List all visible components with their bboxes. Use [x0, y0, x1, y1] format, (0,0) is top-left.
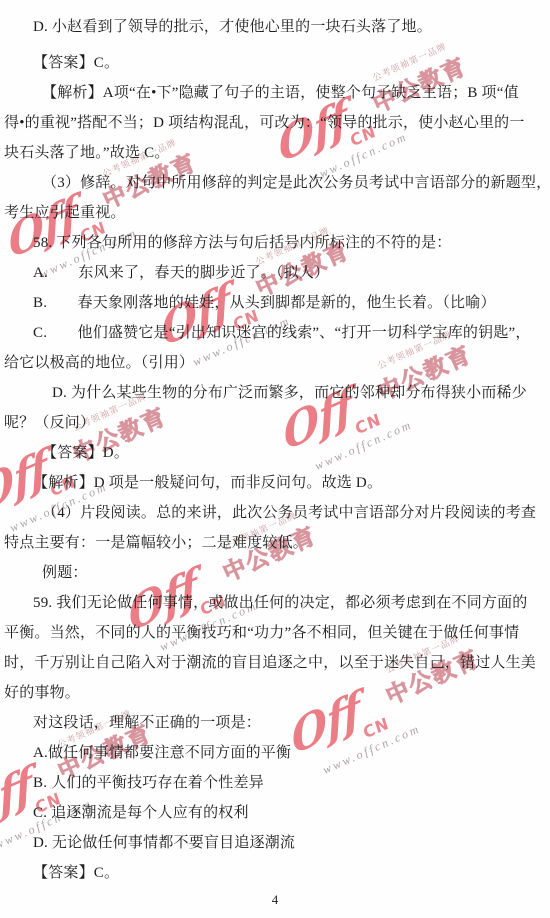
q59-option-c: C. 追逐潮流是每个人应有的权利 — [4, 798, 550, 828]
answer-line-59: 【答案】C。 — [4, 858, 550, 888]
section-3-intro: （3）修辞。对句中所用修辞的判定是此次公务员考试中言语部分的新题型， 考生应引起… — [4, 168, 550, 228]
q59-option-b: B. 人们的平衡技巧存在着个性差异 — [4, 768, 550, 798]
q59-option-d: D. 无论做任何事情都不要盲目追逐潮流 — [4, 828, 550, 858]
section-4-intro: （4）片段阅读。总的来讲，此次公务员考试中言语部分对片段阅读的考查 特点主要有：… — [4, 498, 550, 558]
document-body: D. 小赵看到了领导的批示，才使他心里的一块石头落了地。 【答案】C。 【解析】… — [0, 0, 550, 888]
page-number: 4 — [0, 892, 550, 908]
q58-option-d: D. 为什么某些生物的分布广泛而繁多，而它的邻种却分布得狭小而稀少 呢？（反问） — [4, 378, 550, 438]
q58-option-a: A. 东风来了，春天的脚步近了。（拟人） — [4, 258, 550, 288]
answer-line-57: 【答案】C。 — [4, 48, 550, 78]
example-label: 例题： — [4, 558, 550, 588]
question-59-passage: 59. 我们无论做任何事情，或做出任何的决定，都必须考虑到在不同方面的 平衡。当… — [4, 588, 550, 708]
q58-option-c: C. 他们盛赞它是“引出知识迷宫的线索”、“打开一切科学宝库的钥匙”， 给它以极… — [4, 318, 550, 378]
document-page: Off CN 中公教育 公考领袖第一品牌 www.offcn.com Off C… — [0, 0, 550, 918]
question-58-stem: 58. 下列各句所用的修辞方法与句后括号内所标注的不符的是： — [4, 228, 550, 258]
question-59-stem: 对这段话，理解不正确的一项是： — [4, 708, 550, 738]
q58-option-b: B. 春天象刚落地的娃娃，从头到脚都是新的，他生长着。（比喻） — [4, 288, 550, 318]
analysis-57: 【解析】A项“在•下”隐藏了句子的主语，使整个句子缺乏主语；B 项“值 得•的重… — [4, 78, 550, 168]
answer-line-58: 【答案】D。 — [4, 438, 550, 468]
q57-option-d-line: D. 小赵看到了领导的批示，才使他心里的一块石头落了地。 — [4, 12, 550, 42]
analysis-58: 【解析】D 项是一般疑问句，而非反问句。故选 D。 — [4, 468, 550, 498]
q59-option-a: A.做任何事情都要注意不同方面的平衡 — [4, 738, 550, 768]
